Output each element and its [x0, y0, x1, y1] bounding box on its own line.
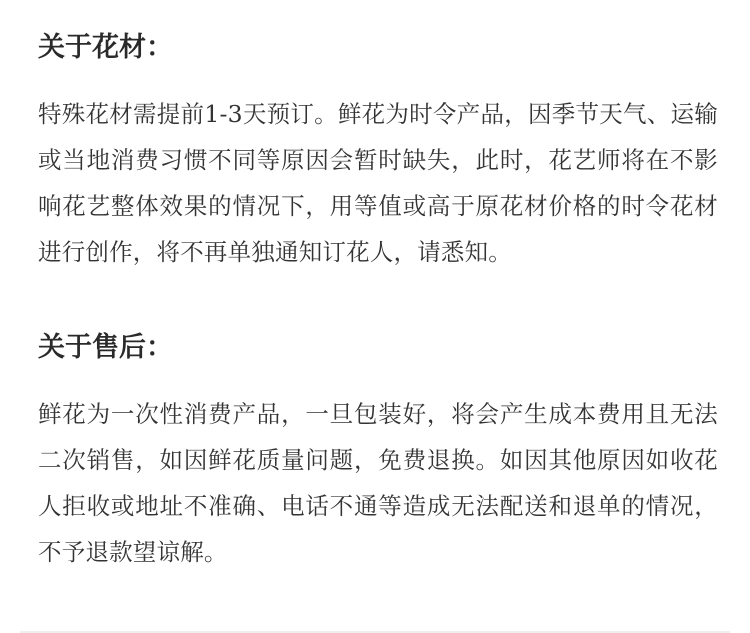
section-after-sales: 关于售后： 鲜花为一次性消费产品，一旦包装好，将会产生成本费用且无法二次销售，如… — [38, 331, 718, 575]
section-title: 关于花材： — [38, 31, 718, 65]
section-body: 特殊花材需提前1-3天预订。鲜花为时令产品，因季节天气、运输或当地消费习惯不同等… — [38, 91, 718, 275]
section-flower-materials: 关于花材： 特殊花材需提前1-3天预订。鲜花为时令产品，因季节天气、运输或当地消… — [38, 31, 718, 275]
section-body: 鲜花为一次性消费产品，一旦包装好，将会产生成本费用且无法二次销售，如因鲜花质量问… — [38, 391, 718, 575]
section-title: 关于售后： — [38, 331, 718, 365]
